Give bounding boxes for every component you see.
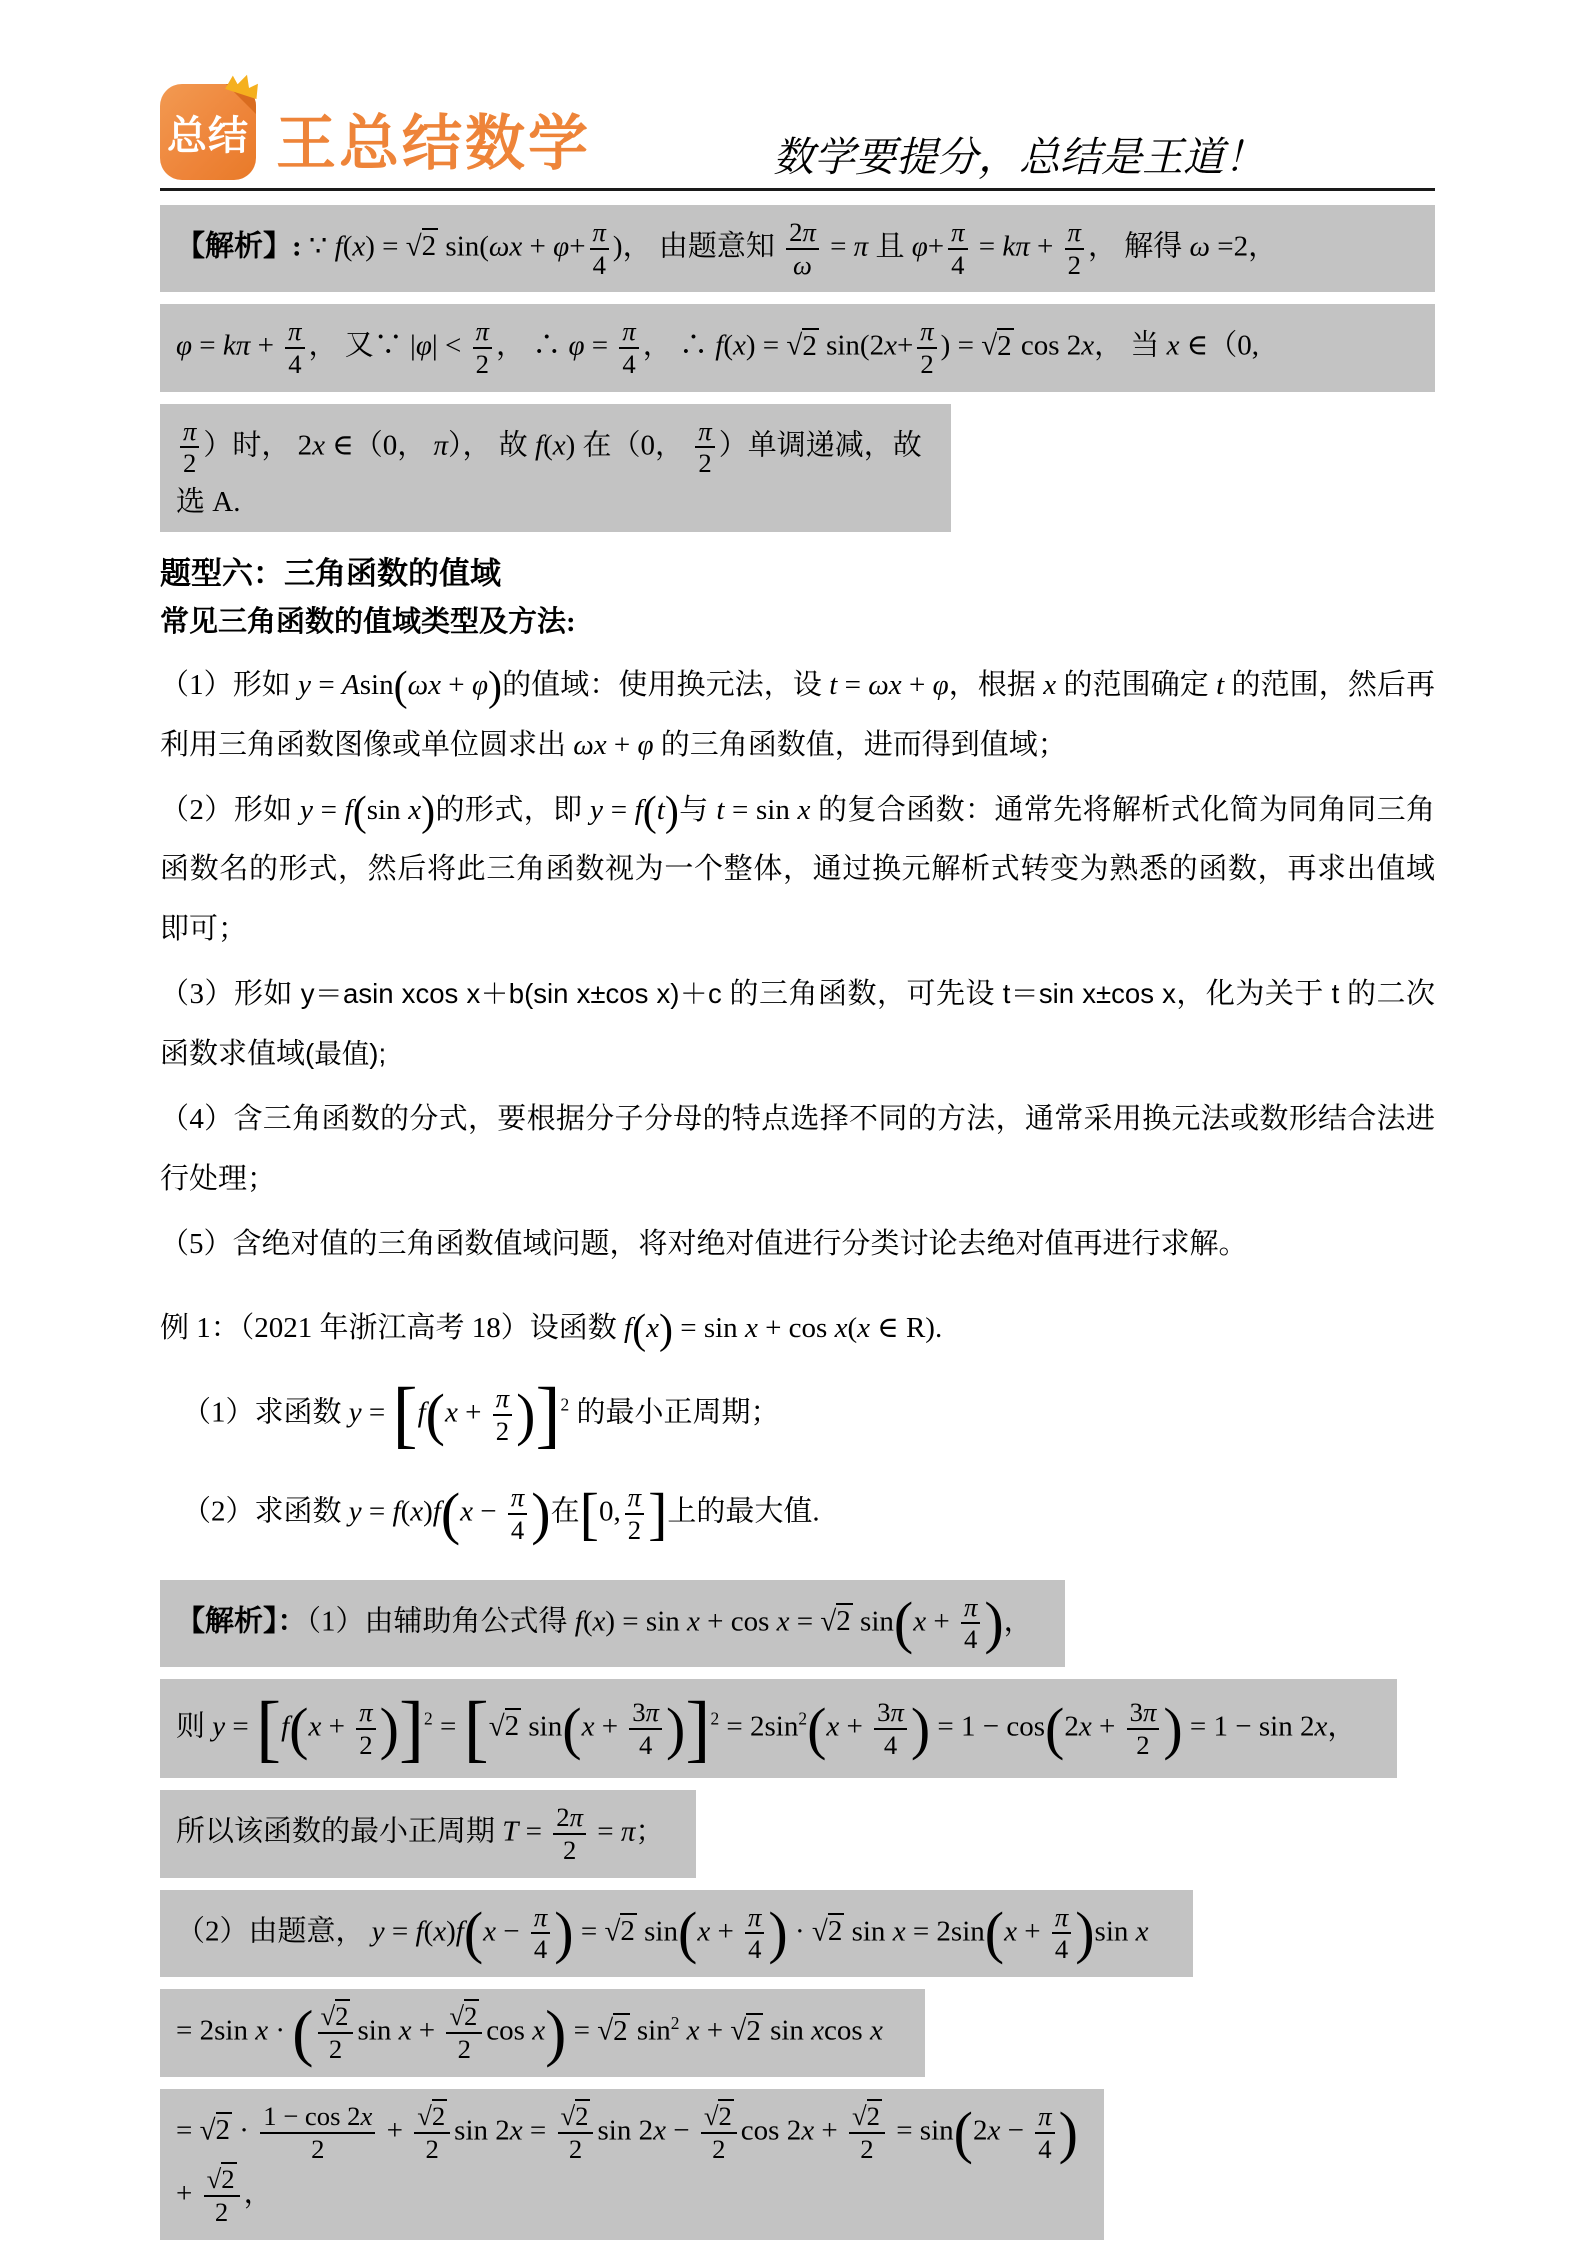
section-subheading: 常见三角函数的值域类型及方法: [160,599,1435,640]
section-heading: 题型六：三角函数的值域 [160,548,1435,593]
example-question-2: （2）求函数 y = f(x)f(x − π4)在[0,π2]上的最大值. [160,1482,1435,1545]
example-solution-line-4: （2）由题意， y = f(x)f(x − π4) = √2 sin(x + π… [160,1890,1193,1977]
method-item-3: （3）形如 y＝asin xcos x＋b(sin x±cos x)＋c 的三角… [160,965,1435,1084]
brand-tagline: 数学要提分，总结是王道！ [773,137,1265,180]
document-page: 总结 王总结数学 数学要提分，总结是王道！ 【解析】: ∵ f(x) = √2 … [0,0,1587,2240]
method-item-2: （2）形如 y = f(sin x)的形式，即 y = f(t)与 t = si… [160,781,1435,959]
example-solution-line-3: 所以该函数的最小正周期 T = 2π2 = π； [160,1790,696,1877]
solution-line-2: φ = kπ + π4， 又∵ |φ| < π2， ∴ φ = π4， ∴ f(… [160,304,1435,391]
method-item-1: （1）形如 y = Asin(ωx + φ)的值域：使用换元法，设 t = ωx… [160,656,1435,775]
example-solution-line-6: = √2 · 1 − cos 2x2 + √22sin 2x = √22sin … [160,2089,1104,2240]
example-solution-line-2: 则 y = [f(x + π2)]2 = [√2 sin(x + 3π4)]2 … [160,1679,1397,1778]
solution-line-1: 【解析】: ∵ f(x) = √2 sin(ωx + φ+π4)， 由题意知 2… [160,205,1435,292]
example-question-1: （1）求函数 y = [f(x + π2)]2 的最小正周期； [160,1377,1435,1452]
method-item-4: （4）含三角函数的分式，要根据分子分母的特点选择不同的方法，通常采用换元法或数形… [160,1090,1435,1209]
page-header: 总结 王总结数学 数学要提分，总结是王道！ [160,84,1435,191]
example-solution-line-5: = 2sin x · (√22sin x + √22cos x) = √2 si… [160,1989,925,2077]
solution-line-3: π2）时， 2x ∈（0， π）， 故 f(x) 在（0， π2）单调递减，故选… [160,404,951,532]
logo-badge: 总结 [160,84,256,180]
brand-wordmark: 王总结数学 [276,114,591,180]
document-content: 【解析】: ∵ f(x) = √2 sin(ωx + φ+π4)， 由题意知 2… [160,205,1435,2240]
example-intro: 例 1：（2021 年浙江高考 18）设函数 f(x) = sin x + co… [160,1305,1435,1351]
method-item-5: （5）含绝对值的三角函数值域问题，将对绝对值进行分类讨论去绝对值再进行求解。 [160,1215,1435,1274]
brand-logo: 总结 [160,84,256,180]
example-solution-line-1: 【解析】：（1）由辅助角公式得 f(x) = sin x + cos x = √… [160,1580,1065,1667]
